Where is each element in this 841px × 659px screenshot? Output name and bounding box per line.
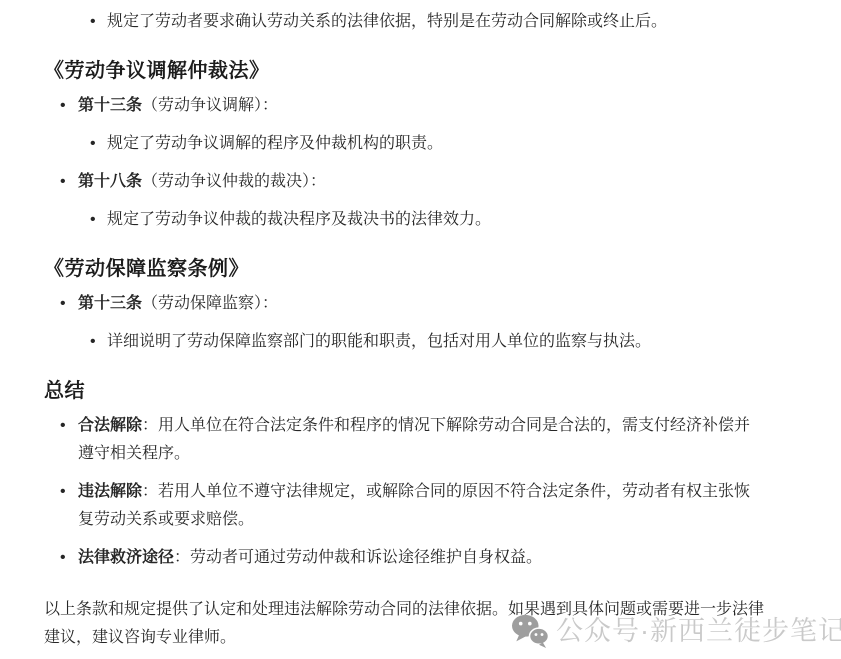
list-item: 法律救济途径：劳动者可通过劳动仲裁和诉讼途径维护自身权益。	[44, 544, 766, 572]
item-term: 第十八条	[78, 173, 142, 190]
item-term: 第十三条	[78, 295, 142, 312]
item-term: 法律救济途径	[78, 549, 174, 566]
sub-list: 规定了劳动争议仲裁的裁决程序及裁决书的法律效力。	[78, 206, 766, 234]
section-list: 合法解除：用人单位在符合法定条件和程序的情况下解除劳动合同是合法的，需支付经济补…	[44, 412, 766, 572]
list-item: 第十三条（劳动争议调解）：规定了劳动争议调解的程序及仲裁机构的职责。	[44, 92, 766, 158]
item-term: 第十三条	[78, 97, 142, 114]
item-text: ：用人单位在符合法定条件和程序的情况下解除劳动合同是合法的，需支付经济补偿并遵守…	[78, 417, 750, 462]
sub-list-item: 规定了劳动者要求确认劳动关系的法律依据，特别是在劳动合同解除或终止后。	[44, 8, 766, 36]
list-item: 合法解除：用人单位在符合法定条件和程序的情况下解除劳动合同是合法的，需支付经济补…	[44, 412, 766, 468]
item-term: 违法解除	[78, 483, 142, 500]
sub-list-item: 详细说明了劳动保障监察部门的职能和职责，包括对用人单位的监察与执法。	[78, 328, 766, 356]
section-list: 第十三条（劳动保障监察）：详细说明了劳动保障监察部门的职能和职责，包括对用人单位…	[44, 290, 766, 356]
item-term: 合法解除	[78, 417, 142, 434]
section-heading: 《劳动保障监察条例》	[44, 256, 766, 282]
sub-list-item: 规定了劳动争议仲裁的裁决程序及裁决书的法律效力。	[78, 206, 766, 234]
item-text: ：劳动者可通过劳动仲裁和诉讼途径维护自身权益。	[174, 549, 542, 566]
intro-list: 规定了劳动者要求确认劳动关系的法律依据，特别是在劳动合同解除或终止后。	[44, 0, 766, 36]
sub-list: 详细说明了劳动保障监察部门的职能和职责，包括对用人单位的监察与执法。	[78, 328, 766, 356]
item-text: （劳动争议仲裁的裁决）：	[142, 173, 326, 190]
sub-list: 规定了劳动争议调解的程序及仲裁机构的职责。	[78, 130, 766, 158]
item-text: （劳动争议调解）：	[142, 97, 278, 114]
item-text: （劳动保障监察）：	[142, 295, 278, 312]
section-list: 第十三条（劳动争议调解）：规定了劳动争议调解的程序及仲裁机构的职责。第十八条（劳…	[44, 92, 766, 234]
section-heading: 总结	[44, 378, 766, 404]
section-heading: 《劳动争议调解仲裁法》	[44, 58, 766, 84]
list-item: 第十八条（劳动争议仲裁的裁决）：规定了劳动争议仲裁的裁决程序及裁决书的法律效力。	[44, 168, 766, 234]
list-item: 第十三条（劳动保障监察）：详细说明了劳动保障监察部门的职能和职责，包括对用人单位…	[44, 290, 766, 356]
sub-list-item: 规定了劳动争议调解的程序及仲裁机构的职责。	[78, 130, 766, 158]
sections-container: 《劳动争议调解仲裁法》第十三条（劳动争议调解）：规定了劳动争议调解的程序及仲裁机…	[44, 58, 766, 572]
list-item: 违法解除：若用人单位不遵守法律规定，或解除合同的原因不符合法定条件，劳动者有权主…	[44, 478, 766, 534]
closing-paragraph: 以上条款和规定提供了认定和处理违法解除劳动合同的法律依据。如果遇到具体问题或需要…	[44, 596, 766, 652]
item-text: ：若用人单位不遵守法律规定，或解除合同的原因不符合法定条件，劳动者有权主张恢复劳…	[78, 483, 750, 528]
article-body: 规定了劳动者要求确认劳动关系的法律依据，特别是在劳动合同解除或终止后。 《劳动争…	[44, 0, 766, 652]
